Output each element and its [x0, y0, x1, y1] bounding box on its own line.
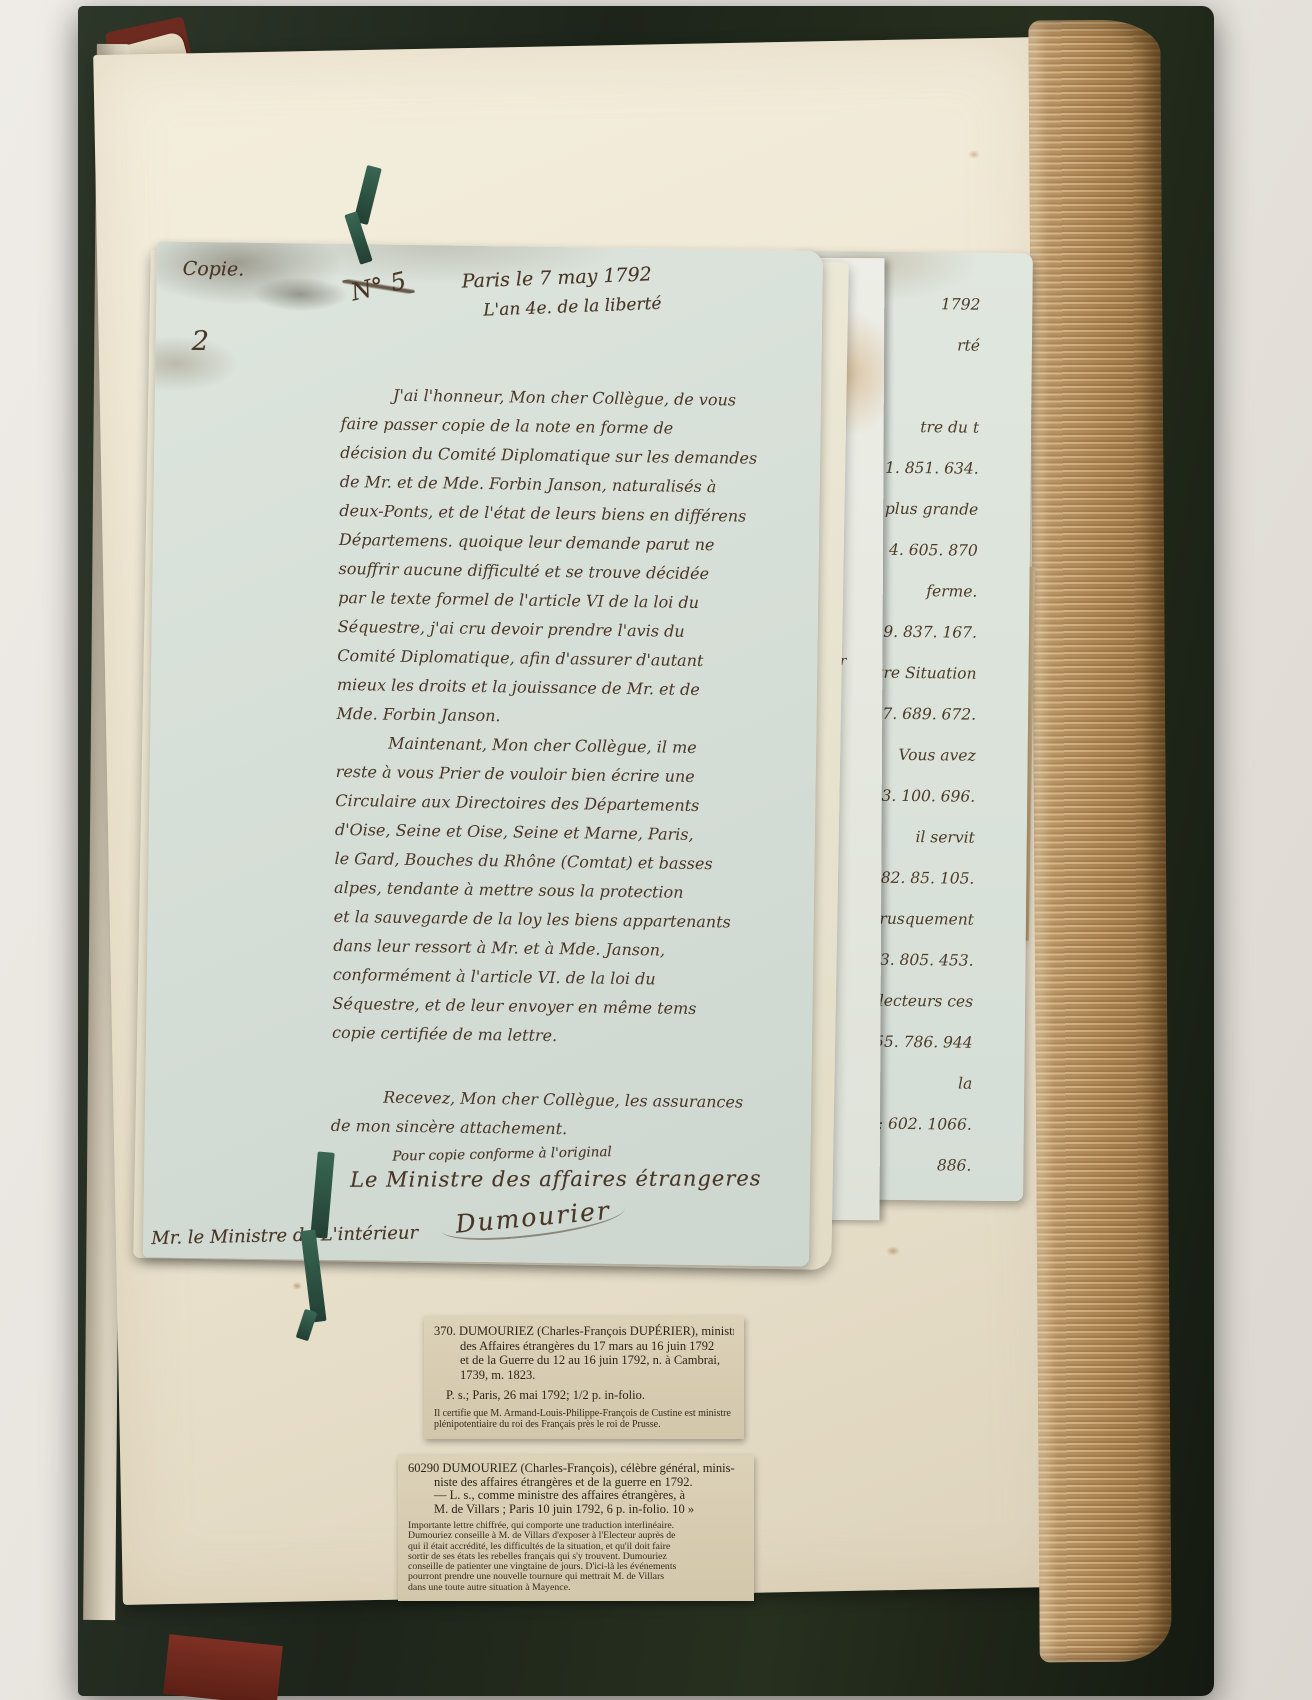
- spine-corner-red: [163, 1634, 283, 1700]
- clipping-entry-line: M. de Villars ; Paris 10 juin 1792, 6 p.…: [408, 1503, 744, 1517]
- clipping-note-line: qui il était accrédité, les difficultés …: [408, 1542, 744, 1552]
- clipping-entry-line: 370. DUMOURIEZ (Charles-François DUPÉRIE…: [434, 1324, 734, 1339]
- clipping-note-line: Importante lettre chiffrée, qui comporte…: [408, 1521, 744, 1531]
- clipping-note-line: conseille de patienter une vingtaine de …: [408, 1562, 744, 1572]
- clipping-note-line: Il certifie que M. Armand-Louis-Philippe…: [434, 1408, 734, 1419]
- clipping-370-entry: 370. DUMOURIEZ (Charles-François DUPÉRIE…: [434, 1324, 734, 1382]
- clipping-note-line: dans une toute autre situation à Mayence…: [408, 1583, 744, 1593]
- letter-line: copie certifiée de ma lettre.: [332, 1018, 812, 1054]
- catalogue-clipping-370: 370. DUMOURIEZ (Charles-François DUPÉRIE…: [424, 1316, 744, 1439]
- dateline-place: Paris le 7 may 1792: [461, 263, 652, 292]
- clipping-370-description: P. s.; Paris, 26 mai 1792; 1/2 p. in-fol…: [434, 1388, 734, 1403]
- clipping-entry-line: niste des affaires étrangères et de la g…: [408, 1476, 744, 1490]
- clipping-60290-note: Importante lettre chiffrée, qui comporte…: [408, 1521, 744, 1593]
- foxing-stain: [886, 1246, 900, 1256]
- photograph-of-open-album: e , quelaires où onleurs gard,r , oùtre …: [0, 0, 1312, 1700]
- letter-closing: Recevez, Mon cher Collègue, les assuranc…: [331, 1082, 812, 1147]
- clipping-note-line: plénipotentiaire du roi des Français prè…: [434, 1419, 734, 1430]
- addressee-line: Mr. le Ministre de L'intérieur: [151, 1222, 418, 1249]
- clipping-note-line: pourront prendre une nouvelle tournure q…: [408, 1572, 744, 1582]
- book-fore-edge-pages: [1028, 20, 1171, 1663]
- clipping-entry-line: et de la Guerre du 12 au 16 juin 1792, n…: [434, 1353, 734, 1368]
- dateline-year: L'an 4e. de la liberté: [483, 294, 662, 321]
- signature-dumouriez: Dumourier: [440, 1194, 626, 1245]
- clipping-entry-line: des Affaires étrangères du 17 mars au 16…: [434, 1339, 734, 1354]
- certification-line: Pour copie conforme à l'original: [392, 1144, 612, 1165]
- clipping-60290-entry: 60290 DUMOURIEZ (Charles-François), célè…: [408, 1462, 744, 1516]
- foxing-stain: [292, 1282, 302, 1290]
- clipping-note-line: Dumouriez conseille à M. de Villars d'ex…: [408, 1531, 744, 1541]
- catalogue-clipping-60290: 60290 DUMOURIEZ (Charles-François), célè…: [398, 1455, 754, 1601]
- clipping-370-note: Il certifie que M. Armand-Louis-Philippe…: [434, 1408, 734, 1430]
- main-manuscript-letter: Copie. N° 5 Paris le 7 may 1792 L'an 4e.…: [143, 241, 823, 1266]
- copie-annotation: Copie.: [183, 258, 245, 281]
- page-number-mark: 2: [192, 326, 210, 357]
- foxing-stain: [968, 150, 980, 159]
- clipping-entry-line: — L. s., comme ministre des affaires étr…: [408, 1489, 744, 1503]
- letter-body: J'ai l'honneur, Mon cher Collègue, de vo…: [332, 380, 821, 1054]
- ink-smudge: [252, 277, 348, 312]
- number-mark: N° 5: [342, 265, 415, 308]
- clipping-note-line: sortir de ses états les rebelles françai…: [408, 1552, 744, 1562]
- signature-title: Le Ministre des affaires étrangeres: [350, 1166, 762, 1191]
- clipping-entry-line: 1739, m. 1823.: [434, 1368, 734, 1383]
- clipping-entry-line: 60290 DUMOURIEZ (Charles-François), célè…: [408, 1462, 744, 1476]
